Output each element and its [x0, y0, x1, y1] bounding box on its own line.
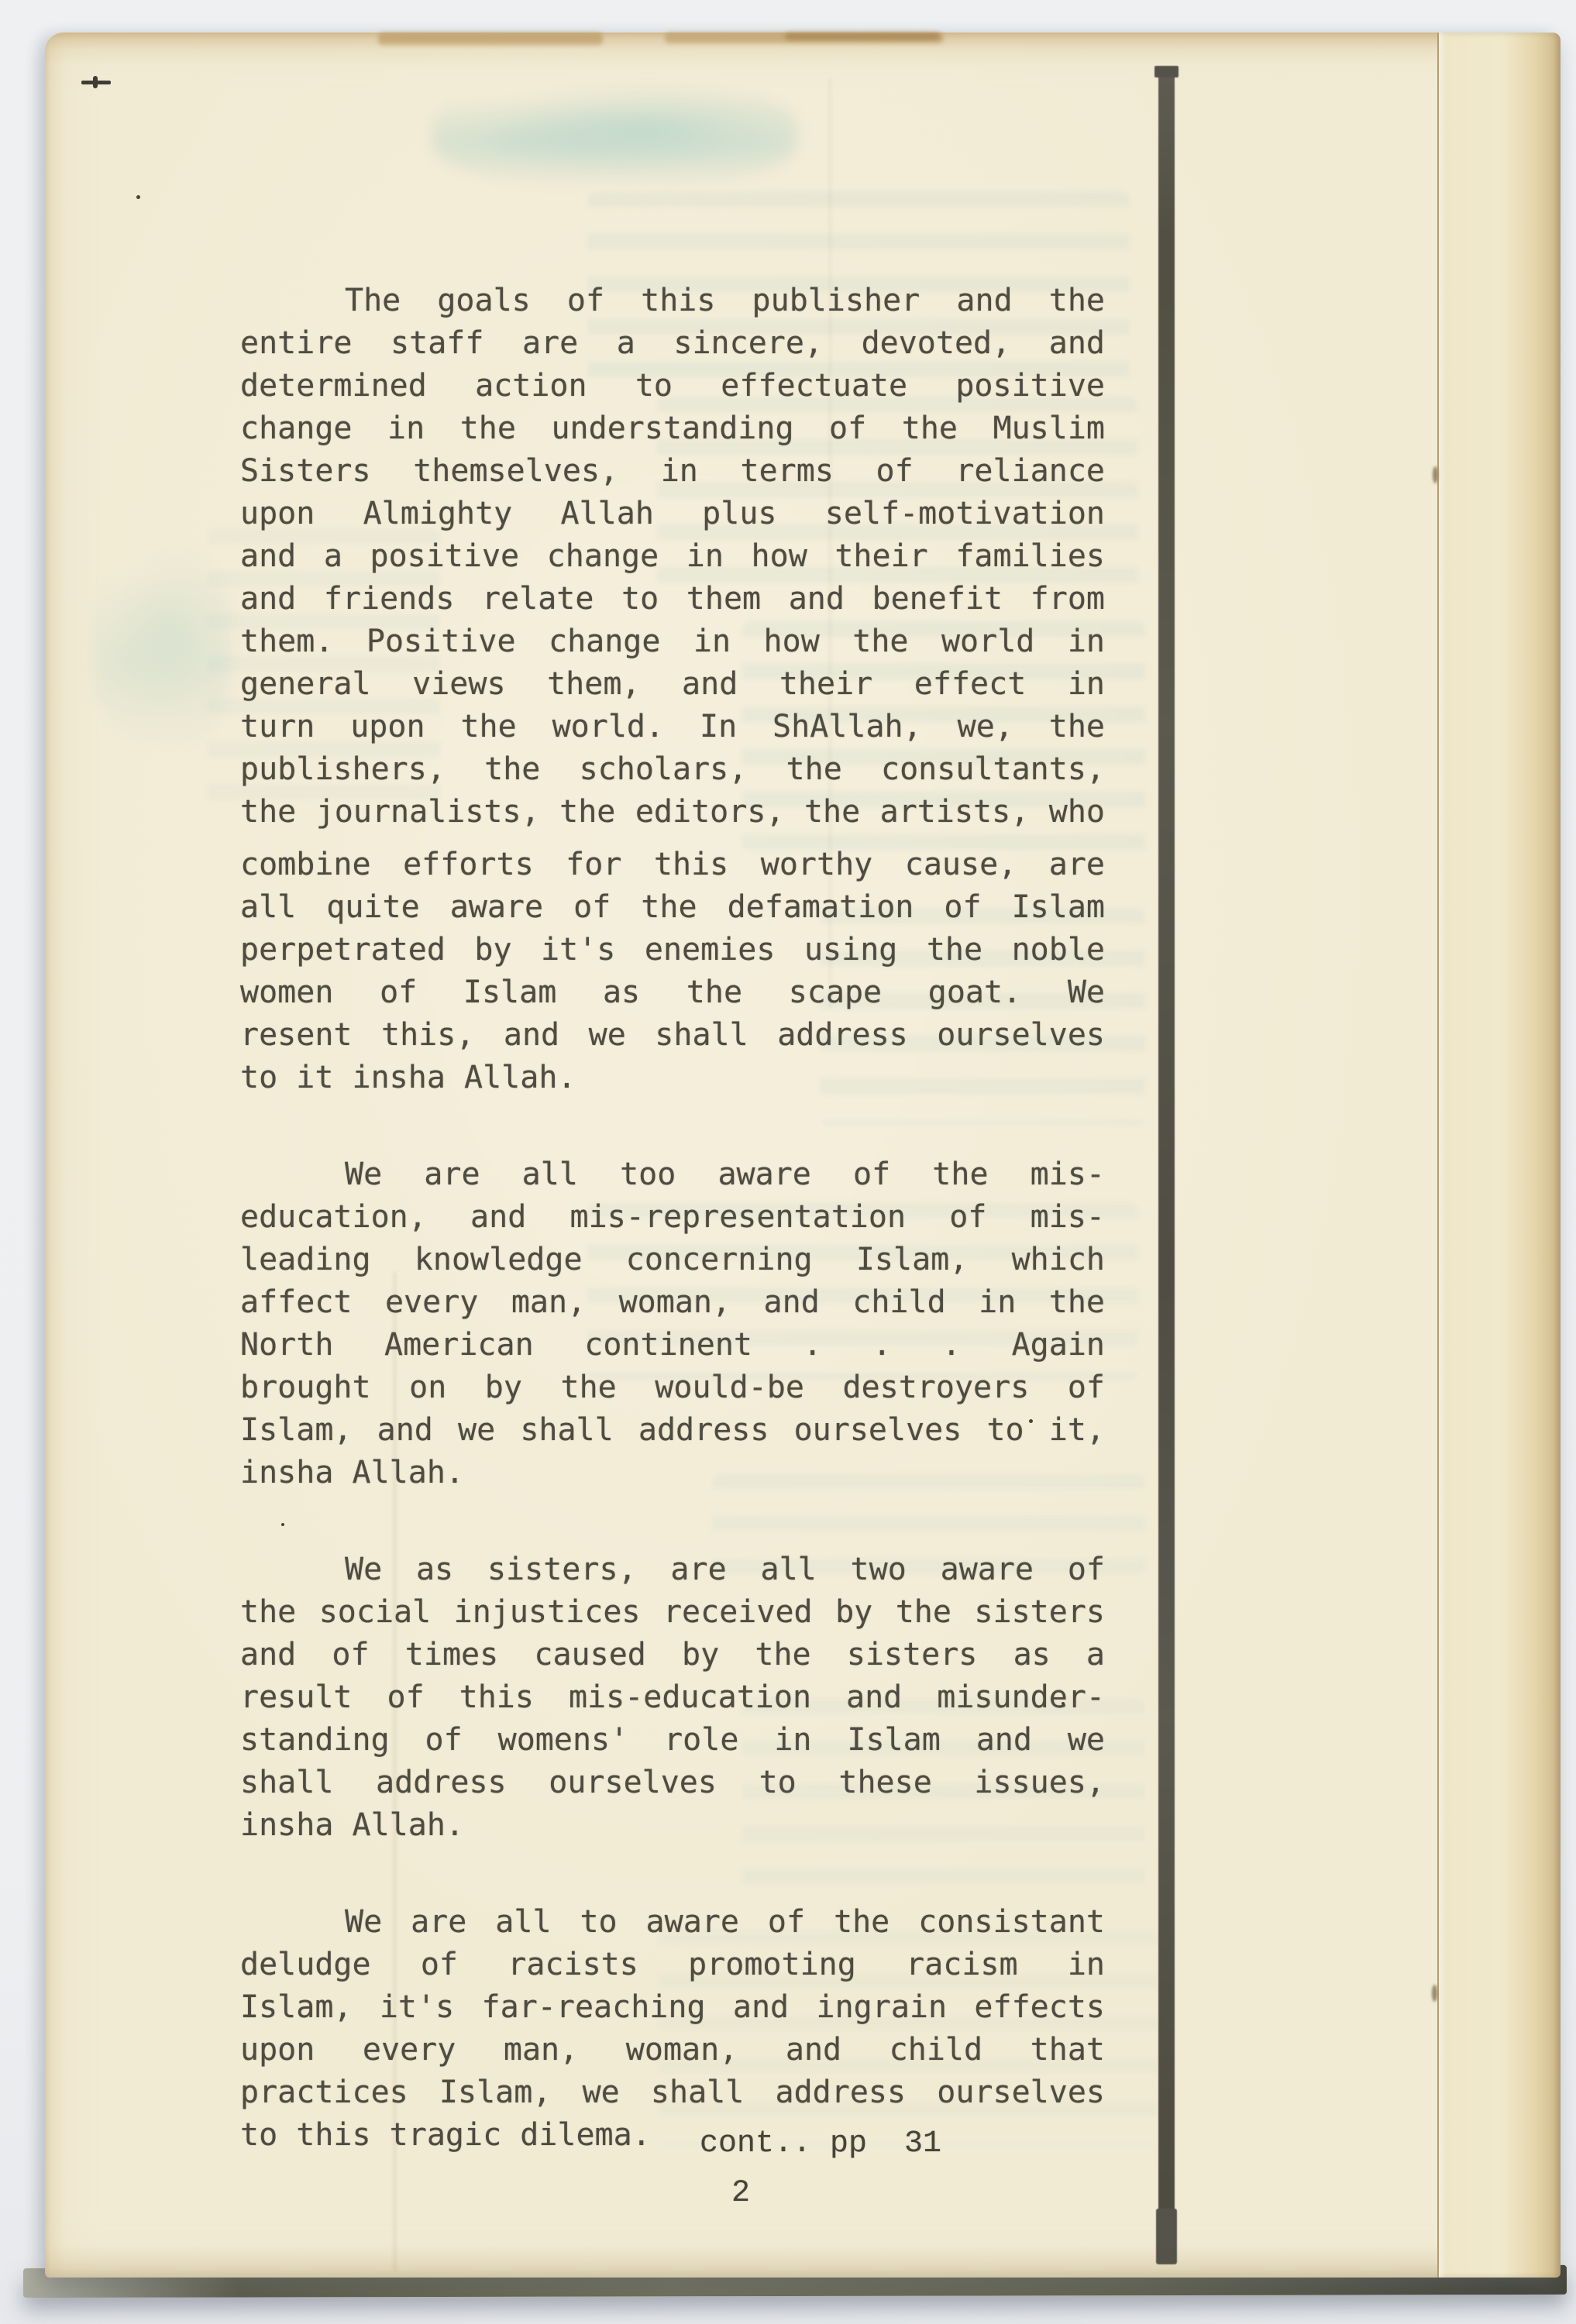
text-line: We are all to aware of the consistant [240, 1901, 1105, 1944]
text-line: result of this mis-education and misunde… [240, 1676, 1105, 1719]
text-line: Islam, and we shall address ourselves to… [240, 1409, 1105, 1452]
text-line: combine efforts for this worthy cause, a… [240, 844, 1105, 886]
text-line: Sisters themselves, in terms of reliance [240, 450, 1105, 493]
text-line: the social injustices received by the si… [240, 1591, 1105, 1634]
text-line: education, and mis-representation of mis… [240, 1196, 1105, 1239]
text-line: general views them, and their effect in [240, 663, 1105, 706]
paragraph: combine efforts for this worthy cause, a… [240, 844, 1105, 1099]
bleed-through-ghost [91, 544, 231, 745]
text-line: upon every man, woman, and child that [240, 2029, 1105, 2071]
continuation-note: cont.. pp 31 [700, 2123, 941, 2165]
text-line: perpetrated by it's enemies using the no… [240, 929, 1105, 971]
text-line: The goals of this publisher and the [240, 280, 1105, 322]
fold-nick [1433, 466, 1438, 483]
text-line: resent this, and we shall address oursel… [240, 1014, 1105, 1057]
page-number: 2 [731, 2172, 750, 2215]
text-line: publishers, the scholars, the consultant… [240, 748, 1105, 791]
text-line: determined action to effectuate positive [240, 365, 1105, 407]
scan-background: { "document": { "page_number": "2", "con… [0, 0, 1576, 2324]
text-line: We as sisters, are all two aware of [240, 1549, 1105, 1591]
text-line: insha Allah. [240, 1452, 1105, 1494]
text-line: and of times caused by the sisters as a [240, 1634, 1105, 1676]
ink-speck [281, 1523, 284, 1526]
text-line: shall address ourselves to these issues, [240, 1762, 1105, 1804]
text-line: entire staff are a sincere, devoted, and [240, 322, 1105, 365]
text-line: leading knowledge concerning Islam, whic… [240, 1239, 1105, 1281]
ink-speck [1062, 1702, 1065, 1705]
vertical-rule [1158, 67, 1175, 2264]
text-line: insha Allah. [240, 1804, 1105, 1847]
fold-nick [1432, 1985, 1437, 2002]
text-line: North American continent . . . Again [240, 1324, 1105, 1367]
aged-edge-stain [378, 33, 603, 45]
text-line: the journalists, the editors, the artist… [240, 791, 1105, 834]
text-line: standing of womens' role in Islam and we [240, 1719, 1105, 1762]
aged-edge-stain [785, 33, 940, 40]
text-line: to this tragic dilema. [240, 2114, 1105, 2157]
text-line: and friends relate to them and benefit f… [240, 578, 1105, 621]
ink-mark-plus [81, 76, 111, 88]
text-line: change in the understanding of the Musli… [240, 407, 1105, 450]
text-line: affect every man, woman, and child in th… [240, 1281, 1105, 1324]
text-line: to it insha Allah. [240, 1057, 1105, 1099]
ink-speck [1029, 1419, 1033, 1423]
text-line: brought on by the would-be destroyers of [240, 1367, 1105, 1409]
text-line: practices Islam, we shall address oursel… [240, 2071, 1105, 2114]
paragraph: We as sisters, are all two aware ofthe s… [240, 1549, 1105, 1847]
gutter-page-fold [1437, 33, 1561, 2278]
text-line: and a positive change in how their famil… [240, 535, 1105, 578]
text-line: all quite aware of the defamation of Isl… [240, 886, 1105, 929]
text-line: We are all too aware of the mis- [240, 1153, 1105, 1196]
scanned-page: The goals of this publisher and theentir… [45, 33, 1559, 2278]
paragraph: The goals of this publisher and theentir… [240, 280, 1105, 834]
ink-speck [136, 195, 140, 199]
paragraph: We are all too aware of the mis-educatio… [240, 1153, 1105, 1494]
text-line: them. Positive change in how the world i… [240, 621, 1105, 663]
text-line: women of Islam as the scape goat. We [240, 971, 1105, 1014]
text-column: The goals of this publisher and theentir… [240, 280, 1105, 2157]
text-line: deludge of racists promoting racism in [240, 1944, 1105, 1986]
text-line: turn upon the world. In ShAllah, we, the [240, 706, 1105, 748]
bleed-through-title-ghost [432, 84, 797, 184]
text-line: upon Almighty Allah plus self-motivation [240, 493, 1105, 535]
text-line: Islam, it's far-reaching and ingrain eff… [240, 1986, 1105, 2029]
paragraph: We are all to aware of the consistantdel… [240, 1901, 1105, 2157]
